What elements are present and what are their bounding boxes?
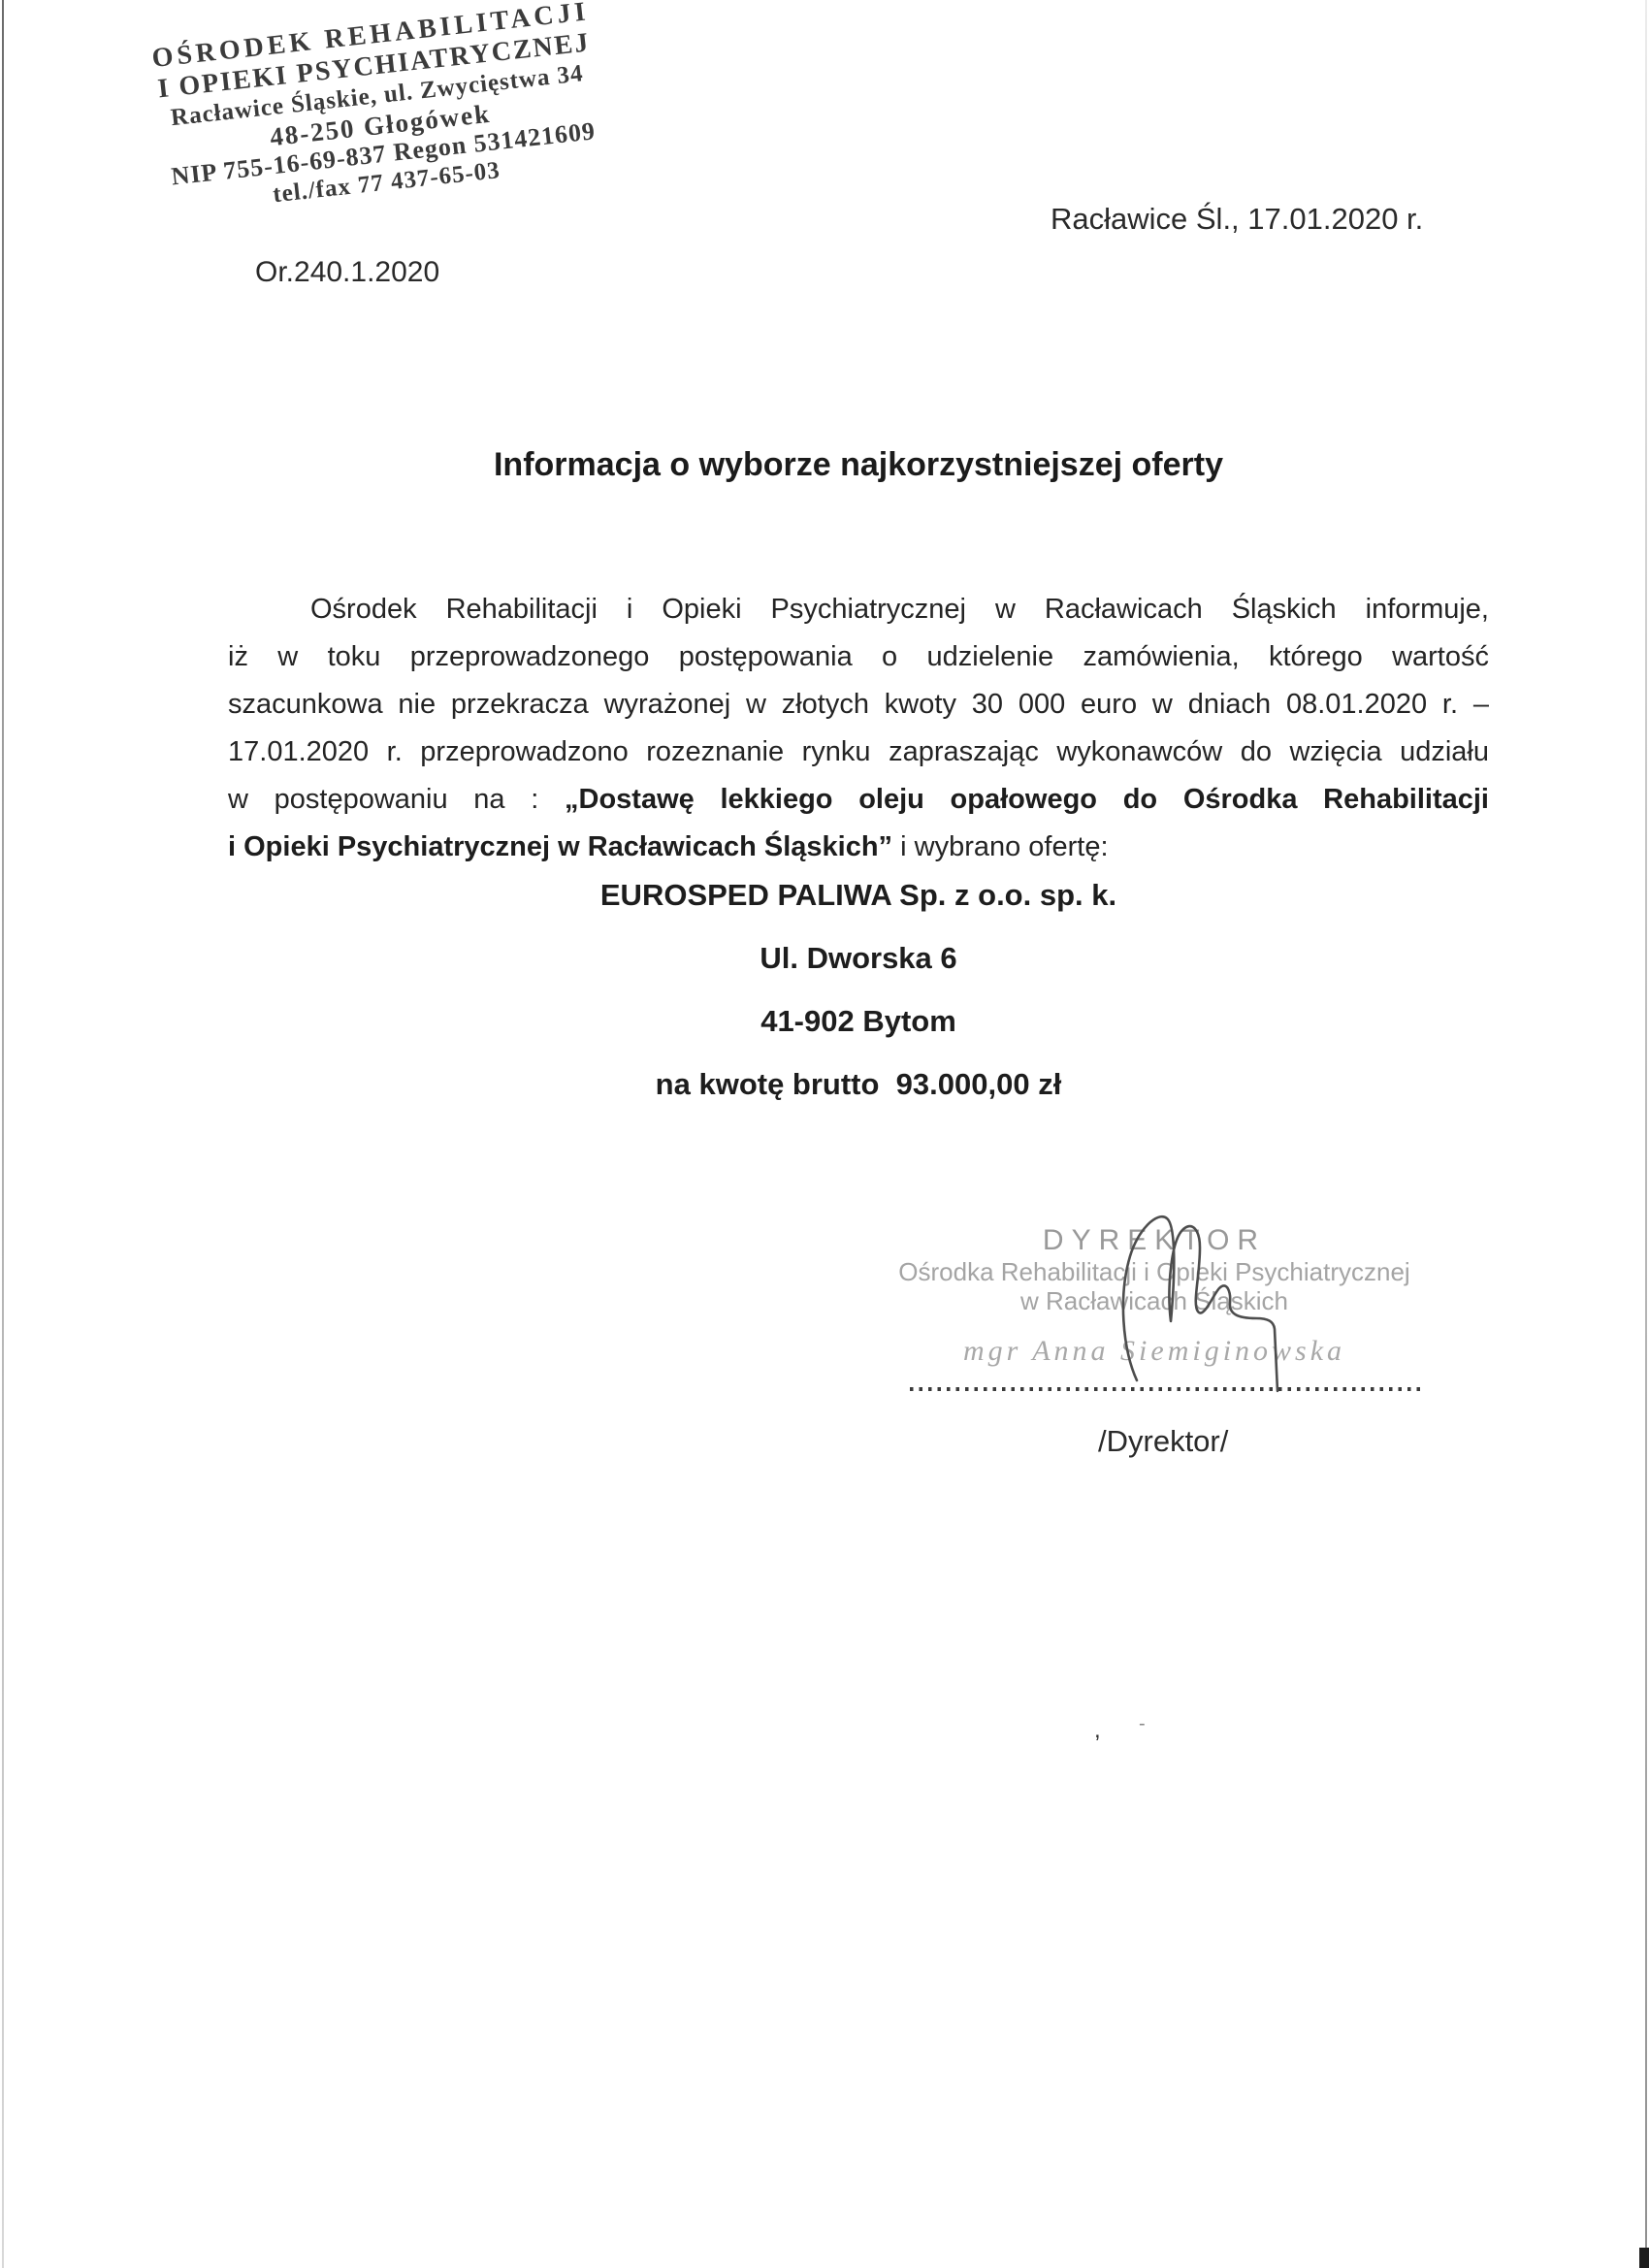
paragraph-line: w postępowaniu na : „Dostawę lekkiego ol… xyxy=(228,776,1489,824)
document-title: Informacja o wyborze najkorzystniejszej … xyxy=(228,446,1489,484)
paragraph-line: szacunkowa nie przekracza wyrażonej w zł… xyxy=(228,681,1489,729)
ink-speck: , xyxy=(1094,1717,1101,1744)
paragraph-text: i wybrano ofertę: xyxy=(892,831,1108,862)
scan-corner-mark xyxy=(1639,2248,1649,2268)
paragraph-text: 17.01.2020 r. przeprowadzono rozeznanie … xyxy=(228,736,1489,767)
reference-number: Or.240.1.2020 xyxy=(255,256,439,289)
document-date: Racławice Śl., 17.01.2020 r. xyxy=(1051,202,1423,237)
scan-edge-left-line xyxy=(2,0,4,2268)
signature-dotted-line xyxy=(910,1387,1422,1391)
paragraph-line: 17.01.2020 r. przeprowadzono rozeznanie … xyxy=(228,729,1489,776)
paragraph-text: iż w toku przeprowadzonego postępowania … xyxy=(228,641,1489,672)
paragraph-line: i Opieki Psychiatrycznej w Racławicach Ś… xyxy=(228,824,1489,871)
winner-city: 41-902 Bytom xyxy=(228,1004,1489,1039)
winner-street: Ul. Dworska 6 xyxy=(228,941,1489,976)
paragraph-line: iż w toku przeprowadzonego postępowania … xyxy=(228,633,1489,681)
ink-speck: - xyxy=(1139,1713,1146,1735)
paragraph-bold-text: i Opieki Psychiatrycznej w Racławicach Ś… xyxy=(228,831,892,862)
winner-company: EUROSPED PALIWA Sp. z o.o. sp. k. xyxy=(228,878,1489,913)
paragraph-text: szacunkowa nie przekracza wyrażonej w zł… xyxy=(228,689,1489,720)
paragraph-bold-text: „Dostawę lekkiego oleju opałowego do Ośr… xyxy=(565,784,1489,815)
paragraph-text: Ośrodek Rehabilitacji i Opieki Psychiatr… xyxy=(310,594,1489,625)
winner-amount: na kwotę brutto 93.000,00 zł xyxy=(228,1067,1489,1102)
organization-stamp: OŚRODEK REHABILITACJI I OPIEKI PSYCHIATR… xyxy=(89,0,667,227)
director-caption: /Dyrektor/ xyxy=(1098,1424,1228,1459)
scan-edge-right-line xyxy=(1645,0,1647,2268)
body-paragraph: Ośrodek Rehabilitacji i Opieki Psychiatr… xyxy=(228,586,1489,871)
paragraph-text: w postępowaniu na : xyxy=(228,784,565,815)
scanned-document-page: { "header_stamp": { "lines": [ "OŚRODEK … xyxy=(0,0,1649,2268)
handwritten-signature xyxy=(1111,1203,1290,1397)
paragraph-line: Ośrodek Rehabilitacji i Opieki Psychiatr… xyxy=(228,586,1489,633)
